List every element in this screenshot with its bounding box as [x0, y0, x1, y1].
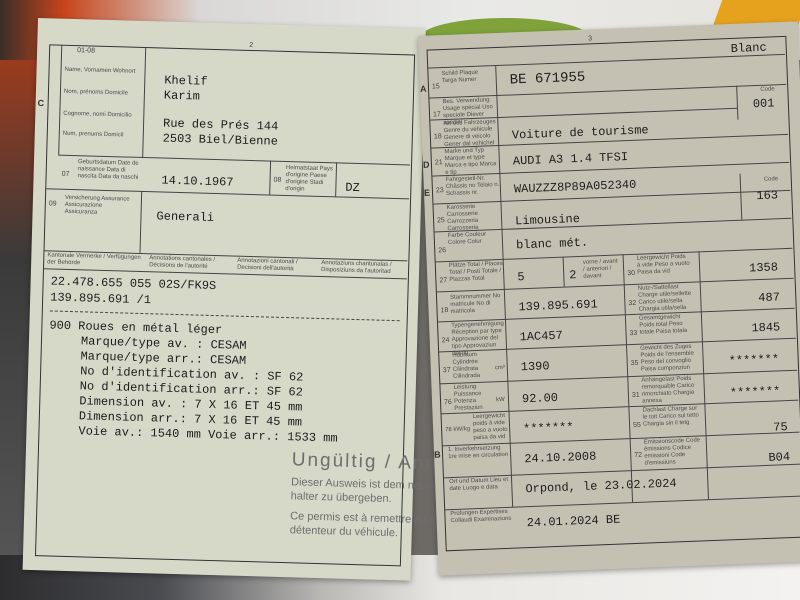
section-letter-c: C: [37, 98, 44, 108]
tests-label: Prüfungen Expertises Collaudi Examinaziu…: [450, 509, 512, 525]
total-weight-value: 1845: [751, 320, 780, 335]
section-letter-a: A: [420, 84, 427, 94]
trailer-weight-value: *******: [730, 384, 781, 400]
stamp-german-line-2: halter zu übergeben.: [291, 489, 392, 506]
section-letter-b: B: [434, 449, 441, 459]
insurance-value: Generali: [156, 209, 214, 225]
code-label: Code: [764, 176, 779, 184]
displacement-unit: cm³: [495, 365, 505, 372]
matriculation-label: Stammnummer No matricule No di matricola: [450, 293, 505, 316]
section-letter-e: E: [424, 188, 430, 198]
registration-right-page: 3 Blanc A 15 Schild Plaque Targa Numer B…: [418, 21, 800, 575]
empty-weight-value: 1358: [749, 260, 778, 275]
page-number: 2: [249, 42, 253, 49]
kw-kg-label: Leergewicht poids à vide peso a vuoto pa…: [473, 413, 510, 442]
vin-label: Fahrgestell-Nr. Châssis no Telaio n. Sch…: [445, 175, 500, 198]
type-approval-value: 1AC457: [519, 329, 563, 345]
annotations-header-rm: Annotaziuns chantunalas / Disposiziuns d…: [321, 260, 405, 276]
combination-weight-label: Gewicht des Zuges Poids de l'ensemble Pe…: [640, 343, 699, 373]
section-letter-d: D: [423, 160, 430, 170]
annotations-header-de: Kantonale Vermerke / Verfügungen der Beh…: [47, 252, 147, 269]
seats-total: 5: [517, 270, 525, 284]
annotation-line-2: 139.895.691 /1: [50, 290, 151, 307]
kw-kg-code: 78 kW/kg: [445, 426, 471, 434]
color-value: blanc mét.: [516, 236, 589, 253]
roof-load-label: Dachlast Charge sur le toit Carico sul t…: [642, 405, 701, 428]
holder-lastname: Khelif: [164, 74, 208, 89]
insurance-label: Versicherung Assurance Assicurazione Ass…: [64, 195, 135, 218]
birthdate-value: 14.10.1967: [161, 174, 233, 190]
code-label: Code: [760, 86, 775, 94]
registration-left-page: 01-08 2 C Name, Vornamen Wohnort Nom, pr…: [23, 18, 426, 581]
payload-label: Nutz-/Sattellast Charge utile/sellette C…: [638, 284, 697, 314]
power-label: Leistung Puissance Potenza Prestaziun: [453, 383, 494, 413]
vehicle-type-code: 001: [753, 96, 775, 111]
birthdate-label: Geburtsdatum Date de naissance Data di n…: [77, 159, 140, 182]
emission-code-label: Emissionscode Code émissions Codice emis…: [644, 437, 703, 467]
plate-label: Schild Plaque Targa Numer: [441, 69, 492, 85]
place-date-label: Ort und Datum Lieu et date Luogo e data: [449, 477, 511, 493]
first-registration-value: 24.10.2008: [524, 449, 597, 466]
origin-label: Heimatstaat Pays d'origine Paese d'origi…: [285, 165, 336, 194]
annotations-header-fr: Annotations cantonales / Décisions de l'…: [149, 255, 233, 271]
color-header: Blanc: [730, 41, 767, 56]
first-registration-label: 1. Inverkehrsetzung 1re mise en circulat…: [448, 445, 510, 461]
origin-value: DZ: [345, 181, 360, 195]
trailer-weight-label: Anhängelast Poids remorquable Carico rim…: [641, 375, 700, 405]
seats-label: Plätze Total / Places Total / Posti Tota…: [449, 261, 504, 284]
payload-value: 487: [758, 290, 780, 305]
holder-firstname: Karim: [164, 89, 200, 104]
combination-weight-value: *******: [728, 352, 779, 368]
stamp-french-line-2: détenteur du véhicule.: [290, 523, 399, 540]
total-weight-label: Gesamtgewicht Poids total Peso totale Pa…: [639, 313, 698, 336]
field-code-range: 01-08: [77, 47, 95, 54]
annotations-header-it: Annotazioni cantonali / Decisioni dell'a…: [237, 258, 317, 274]
plate-value: BE 671955: [509, 70, 585, 89]
power-unit: kW: [496, 397, 505, 404]
displacement-label: Hubraum Cylindrée Cilindrata Cilindrada: [452, 351, 493, 381]
color-label: Farbe Couleur Colore Colur: [448, 231, 502, 247]
seats-front-label: vorne / avant / anteriori / davant: [583, 258, 622, 280]
emission-code-value: B04: [768, 450, 790, 465]
empty-weight-label: Leergewicht Poids à vide Peso a vuoto Pa…: [637, 254, 692, 277]
body-code: 163: [756, 188, 778, 203]
power-value: 92.00: [522, 391, 559, 406]
kw-kg-value: *******: [523, 420, 574, 436]
seats-front: 2: [569, 268, 577, 282]
displacement-value: 1390: [521, 359, 550, 374]
page-number: 3: [588, 35, 592, 42]
